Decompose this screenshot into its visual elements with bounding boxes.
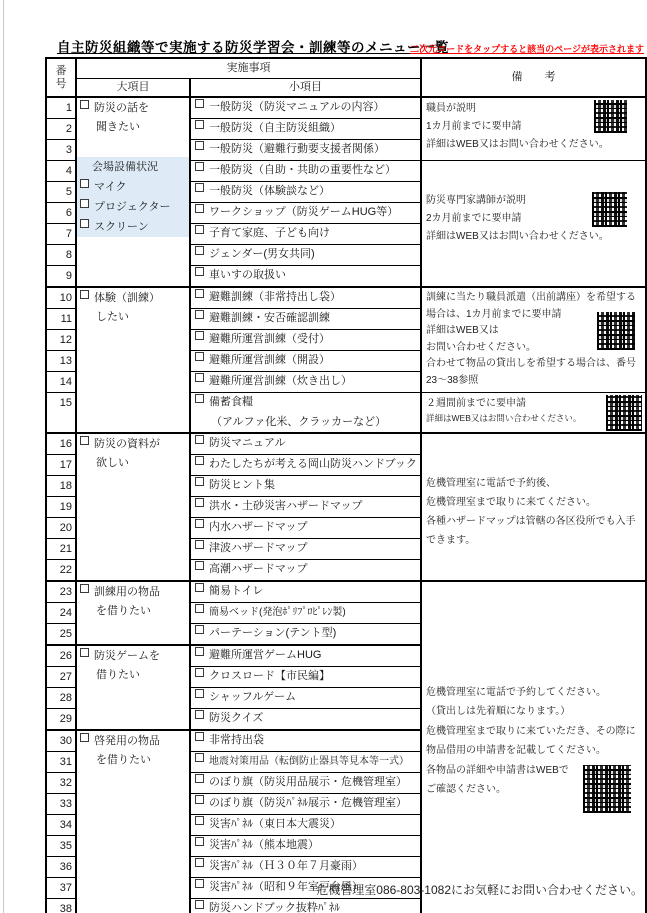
checkbox-icon[interactable] (195, 879, 204, 888)
checkbox-icon[interactable] (195, 668, 204, 677)
row-number: 7 (46, 224, 76, 245)
row-number: 25 (46, 623, 76, 645)
row-number: 19 (46, 496, 76, 517)
remark-line: （貸出しは先着順になります。） (426, 702, 641, 722)
checkbox-icon[interactable] (195, 289, 204, 298)
remarks-cell-staff: 職員が説明 1カ月前までに要申請 詳細はWEB又はお問い合わせください。 (421, 97, 646, 161)
major-group-materials: 防災の資料が 欲しい (76, 433, 190, 581)
row-number: 30 (46, 730, 76, 752)
minor-item-cell: のぼり旗（防災ﾊﾟﾈﾙ展示・危機管理室） (190, 793, 421, 814)
checkbox-icon[interactable] (195, 246, 204, 255)
minor-item-cell: ワークショップ（防災ゲームHUG等） (190, 203, 421, 224)
major-group-label-2: を借りたい (96, 602, 189, 621)
table-row: 23 訓練用の物品 を借りたい 簡易トイレ 危機管理室に電話で予約してください。… (46, 581, 646, 603)
major-group-label-2: したい (96, 308, 189, 327)
minor-item-cell: 避難所運営ゲームHUG (190, 645, 421, 667)
minor-item-label: 一般防災（自助・共助の重要性など） (209, 164, 396, 176)
minor-item-label: パーテーション(テント型) (209, 627, 336, 639)
header-major: 大項目 (76, 78, 190, 97)
minor-item-cell: 防災マニュアル (190, 433, 421, 455)
minor-item-label: 備蓄食糧 (209, 396, 253, 408)
checkbox-icon[interactable] (80, 290, 89, 299)
row-number: 10 (46, 287, 76, 309)
row-number: 22 (46, 559, 76, 581)
major-group-label: 訓練用の物品 (94, 586, 160, 598)
major-group-awareness: 啓発用の物品 を借りたい (76, 730, 190, 913)
minor-item-cell: 避難所運営訓練（炊き出し） (190, 372, 421, 393)
minor-item-cell: 一般防災（防災マニュアルの内容） (190, 97, 421, 119)
checkbox-icon[interactable] (80, 199, 89, 208)
minor-item-cell: 洪水・土砂災害ハザードマップ (190, 496, 421, 517)
minor-item-cell: 子育て家庭、子ども向け (190, 224, 421, 245)
checkbox-icon[interactable] (195, 647, 204, 656)
minor-item-label: 津波ハザードマップ (209, 542, 308, 554)
remark-line: 各種ハザードマップは管轄の各区役所でも入手できます。 (426, 512, 641, 550)
minor-item-cell: 災害ﾊﾟﾈﾙ（Ｈ３０年７月豪雨） (190, 856, 421, 877)
minor-item-cell: 避難所運営訓練（受付） (190, 330, 421, 351)
row-number: 14 (46, 372, 76, 393)
minor-item-label: ワークショップ（防災ゲームHUG等） (209, 206, 398, 218)
minor-item-label: 防災ヒント集 (209, 479, 275, 491)
checkbox-icon[interactable] (195, 795, 204, 804)
minor-item-label: 避難所運営訓練（受付） (209, 333, 330, 345)
checkbox-icon[interactable] (195, 331, 204, 340)
row-number: 1 (46, 97, 76, 119)
major-group-label-2: 借りたい (96, 666, 189, 685)
qr-tap-note: 二次元コードをタップすると該当のページが表示されます (410, 42, 644, 55)
checkbox-icon[interactable] (195, 498, 204, 507)
major-group-label-2: 聞きたい (96, 118, 189, 137)
checkbox-icon[interactable] (195, 816, 204, 825)
minor-item-cell: 一般防災（避難行動要支援者関係） (190, 140, 421, 161)
major-group-games: 防災ゲームを 借りたい (76, 645, 190, 730)
minor-item-label: 防災マニュアル (209, 437, 286, 449)
minor-item-label: のぼり旗（防災用品展示・危機管理室） (209, 776, 407, 788)
header-minor: 小項目 (190, 78, 421, 97)
minor-item-cell: わたしたちが考える岡山防災ハンドブック (190, 454, 421, 475)
checkbox-icon[interactable] (80, 584, 89, 593)
header-number-top: 番 (47, 65, 75, 78)
checkbox-icon[interactable] (195, 837, 204, 846)
checkbox-icon[interactable] (195, 540, 204, 549)
minor-item-label: 一般防災（避難行動要支援者関係） (209, 143, 385, 155)
minor-item-cell: 高潮ハザードマップ (190, 559, 421, 581)
header-items: 実施事項 (76, 58, 421, 78)
row-number: 23 (46, 581, 76, 603)
page-title: 自主防災組織等で実施する防災学習会・訓練等のメニュー一覧 (57, 36, 449, 56)
checkbox-icon[interactable] (80, 648, 89, 657)
remarks-cell-food: ２週間前までに要申請 詳細はWEB又はお問い合わせください。 (421, 393, 646, 433)
qr-code[interactable] (583, 765, 631, 813)
row-number: 17 (46, 454, 76, 475)
checkbox-icon[interactable] (195, 373, 204, 382)
checkbox-icon[interactable] (195, 352, 204, 361)
header-number-bottom: 号 (47, 78, 75, 91)
major-group-label-2: 欲しい (96, 454, 189, 473)
table-row: 1 防災の話を 聞きたい 会場設備状況 マイク プロジェクター スクリーン 一般… (46, 97, 646, 119)
venue-title: 会場設備状況 (77, 157, 189, 177)
minor-item-label: 簡易ベッド(発泡ﾎﾟﾘﾌﾟﾛﾋﾟﾚﾝ製) (209, 607, 346, 618)
minor-item-label: 避難所運営訓練（開設） (209, 354, 330, 366)
remarks-cell-lending: 危機管理室に電話で予約してください。 （貸出しは先着順になります。） 危機管理室… (421, 581, 646, 913)
row-number: 13 (46, 351, 76, 372)
remarks-cell-dispatch: 訓練に当たり職員派遣（出前講座）を希望する場合は、1カ月前までに要申請 詳細はW… (421, 287, 646, 393)
checkbox-icon[interactable] (195, 204, 204, 213)
checkbox-icon[interactable] (195, 477, 204, 486)
row-number: 15 (46, 393, 76, 433)
table-row: 16 防災の資料が 欲しい 防災マニュアル 危機管理室に電話で予約後、 危機管理… (46, 433, 646, 455)
minor-item-label: 内水ハザードマップ (209, 521, 308, 533)
minor-item-label: 避難所運営訓練（炊き出し） (209, 375, 352, 387)
minor-item-cell: 備蓄食糧 （アルファ化米、クラッカーなど） (190, 393, 421, 433)
venue-item-label: スクリーン (94, 221, 149, 233)
major-group-label: 体験（訓練） (94, 292, 160, 304)
qr-code[interactable] (606, 395, 642, 431)
checkbox-icon[interactable] (195, 519, 204, 528)
venue-equipment-block: 会場設備状況 マイク プロジェクター スクリーン (77, 157, 189, 237)
remark-line: 詳細はWEB又はお問い合わせください。 (426, 228, 641, 246)
checkbox-icon[interactable] (195, 732, 204, 741)
row-number: 9 (46, 266, 76, 288)
minor-item-label: 一般防災（体験談など） (209, 185, 330, 197)
checkbox-icon[interactable] (195, 99, 204, 108)
row-number: 34 (46, 814, 76, 835)
row-number: 26 (46, 645, 76, 667)
major-group-label: 啓発用の物品 (94, 735, 160, 747)
table-row: 10 体験（訓練） したい 避難訓練（非常持出し袋） 訓練に当たり職員派遣（出前… (46, 287, 646, 309)
minor-item-label: シャッフルゲーム (209, 691, 296, 703)
minor-item-cell: 津波ハザードマップ (190, 538, 421, 559)
checkbox-icon[interactable] (195, 625, 204, 634)
checkbox-icon[interactable] (195, 225, 204, 234)
row-number: 29 (46, 708, 76, 730)
minor-item-label: 非常持出袋 (209, 734, 264, 746)
checkbox-icon[interactable] (195, 900, 204, 909)
minor-item-label: 子育て家庭、子ども向け (209, 227, 330, 239)
major-group-talk: 防災の話を 聞きたい 会場設備状況 マイク プロジェクター スクリーン (76, 97, 190, 287)
checkbox-icon[interactable] (195, 710, 204, 719)
venue-item-label: マイク (94, 181, 127, 193)
minor-item-cell: 一般防災（自主防災組織） (190, 119, 421, 140)
checkbox-icon[interactable] (195, 583, 204, 592)
checkbox-icon[interactable] (195, 561, 204, 570)
major-group-training: 体験（訓練） したい (76, 287, 190, 433)
checkbox-icon[interactable] (195, 310, 204, 319)
minor-item-label: 災害ﾊﾟﾈﾙ（Ｈ３０年７月豪雨） (209, 860, 363, 872)
checkbox-icon[interactable] (80, 100, 89, 109)
minor-item-label: クロスロード【市民編】 (209, 670, 330, 682)
minor-item-cell: シャッフルゲーム (190, 687, 421, 708)
minor-item-label-2: （アルファ化米、クラッカーなど） (211, 413, 420, 432)
remark-line: 詳細はWEB又はお問い合わせください。 (426, 136, 641, 154)
row-number: 8 (46, 245, 76, 266)
minor-item-label: 災害ﾊﾟﾈﾙ（東日本大震災） (209, 818, 341, 830)
remarks-cell-expert: 防災専門家講師が説明 2カ月前までに要申請 詳細はWEB又はお問い合わせください… (421, 161, 646, 288)
minor-item-cell: 車いすの取扱い (190, 266, 421, 288)
row-number: 20 (46, 517, 76, 538)
row-number: 2 (46, 119, 76, 140)
venue-item-label: プロジェクター (94, 201, 171, 213)
minor-item-label: 一般防災（防災マニュアルの内容） (209, 101, 385, 113)
minor-item-cell: クロスロード【市民編】 (190, 666, 421, 687)
footer-contact: 危機管理室086-803-1082にお気軽にお問い合わせください。 (316, 881, 643, 898)
minor-item-cell: 災害ﾊﾟﾈﾙ（熊本地震） (190, 835, 421, 856)
page-edge-line (3, 0, 4, 913)
header-row-1: 番 号 実施事項 備 考 (46, 58, 646, 78)
checkbox-icon[interactable] (195, 141, 204, 150)
minor-item-label: 災害ﾊﾟﾈﾙ（熊本地震） (209, 839, 319, 851)
minor-item-label: ジェンダー(男女共同) (209, 248, 315, 260)
row-number: 18 (46, 475, 76, 496)
major-group-label-2: を借りたい (96, 751, 189, 770)
row-number: 24 (46, 602, 76, 623)
row-number: 11 (46, 309, 76, 330)
row-number: 6 (46, 203, 76, 224)
minor-item-cell: 内水ハザードマップ (190, 517, 421, 538)
minor-item-label: 防災クイズ (209, 712, 263, 724)
minor-item-cell: 災害ﾊﾟﾈﾙ（東日本大震災） (190, 814, 421, 835)
minor-item-label: 高潮ハザードマップ (209, 563, 308, 575)
checkbox-icon[interactable] (195, 183, 204, 192)
minor-item-label: わたしたちが考える岡山防災ハンドブック (209, 458, 417, 470)
row-number: 28 (46, 687, 76, 708)
minor-item-cell: ジェンダー(男女共同) (190, 245, 421, 266)
remark-line: 危機管理室まで取りに来ていただき、その際に物品借用の申請書を記載してください。 (426, 722, 641, 761)
minor-item-label: 簡易トイレ (209, 585, 263, 597)
row-number: 36 (46, 856, 76, 877)
remark-line: 危機管理室に電話で予約してください。 (426, 683, 641, 703)
minor-item-cell: 防災ハンドブック抜粋ﾊﾟﾈﾙ (190, 898, 421, 913)
major-group-label: 防災の資料が (94, 438, 160, 450)
checkbox-icon[interactable] (80, 179, 89, 188)
minor-item-cell: 簡易トイレ (190, 581, 421, 603)
row-number: 27 (46, 666, 76, 687)
minor-item-label: のぼり旗（防災ﾊﾟﾈﾙ展示・危機管理室） (209, 797, 407, 809)
checkbox-icon[interactable] (195, 689, 204, 698)
minor-item-label: 車いすの取扱い (209, 269, 286, 281)
minor-item-cell: 防災ヒント集 (190, 475, 421, 496)
minor-item-cell: 避難訓練（非常持出し袋） (190, 287, 421, 309)
header-number: 番 号 (46, 58, 76, 97)
major-group-training-items: 訓練用の物品 を借りたい (76, 581, 190, 645)
major-group-label: 防災の話を (94, 102, 149, 114)
menu-table: 番 号 実施事項 備 考 大項目 小項目 1 防災の話を 聞きたい 会場設備状況… (45, 57, 647, 913)
minor-item-cell: 簡易ベッド(発泡ﾎﾟﾘﾌﾟﾛﾋﾟﾚﾝ製) (190, 602, 421, 623)
row-number: 32 (46, 772, 76, 793)
minor-item-cell: 防災クイズ (190, 708, 421, 730)
remark-line: 危機管理室まで取りに来てください。 (426, 493, 641, 512)
checkbox-icon[interactable] (195, 162, 204, 171)
checkbox-icon[interactable] (80, 733, 89, 742)
row-number: 37 (46, 877, 76, 898)
remark-line: 合わせて物品の貸出しを希望する場合は、番号23～38参照 (426, 356, 641, 389)
minor-item-cell: 地震対策用品（転倒防止器具等見本等一式） (190, 751, 421, 772)
minor-item-label: 避難所運営ゲームHUG (209, 649, 321, 661)
row-number: 16 (46, 433, 76, 455)
row-number: 33 (46, 793, 76, 814)
minor-item-cell: 一般防災（体験談など） (190, 182, 421, 203)
remark-line: 危機管理室に電話で予約後、 (426, 474, 641, 493)
qr-code[interactable] (597, 312, 635, 350)
minor-item-label: 避難訓練・安否確認訓練 (209, 312, 330, 324)
minor-item-cell: 非常持出袋 (190, 730, 421, 752)
minor-item-label: 洪水・土砂災害ハザードマップ (209, 500, 363, 512)
minor-item-label: 地震対策用品（転倒防止器具等見本等一式） (209, 756, 409, 767)
checkbox-icon[interactable] (195, 435, 204, 444)
checkbox-icon[interactable] (195, 753, 204, 762)
checkbox-icon[interactable] (195, 858, 204, 867)
row-number: 35 (46, 835, 76, 856)
minor-item-label: 避難訓練（非常持出し袋） (209, 291, 341, 303)
row-number: 38 (46, 898, 76, 913)
checkbox-icon[interactable] (195, 774, 204, 783)
row-number: 12 (46, 330, 76, 351)
minor-item-cell: パーテーション(テント型) (190, 623, 421, 645)
qr-code[interactable] (592, 192, 627, 227)
minor-item-label: 一般防災（自主防災組織） (209, 122, 341, 134)
checkbox-icon[interactable] (80, 219, 89, 228)
minor-item-cell: 避難訓練・安否確認訓練 (190, 309, 421, 330)
major-group-label: 防災ゲームを (94, 650, 160, 662)
minor-item-cell: 避難所運営訓練（開設） (190, 351, 421, 372)
checkbox-icon[interactable] (195, 267, 204, 276)
row-number: 4 (46, 161, 76, 182)
row-number: 31 (46, 751, 76, 772)
checkbox-icon[interactable] (195, 120, 204, 129)
checkbox-icon[interactable] (195, 456, 204, 465)
header-remarks: 備 考 (421, 58, 646, 97)
minor-item-cell: のぼり旗（防災用品展示・危機管理室） (190, 772, 421, 793)
minor-item-label: 防災ハンドブック抜粋ﾊﾟﾈﾙ (209, 902, 340, 913)
qr-code[interactable] (594, 100, 627, 133)
checkbox-icon[interactable] (195, 394, 204, 403)
row-number: 5 (46, 182, 76, 203)
row-number: 3 (46, 140, 76, 161)
checkbox-icon[interactable] (195, 604, 204, 613)
row-number: 21 (46, 538, 76, 559)
checkbox-icon[interactable] (80, 436, 89, 445)
minor-item-cell: 一般防災（自助・共助の重要性など） (190, 161, 421, 182)
remarks-cell-pickup: 危機管理室に電話で予約後、 危機管理室まで取りに来てください。 各種ハザードマッ… (421, 433, 646, 581)
